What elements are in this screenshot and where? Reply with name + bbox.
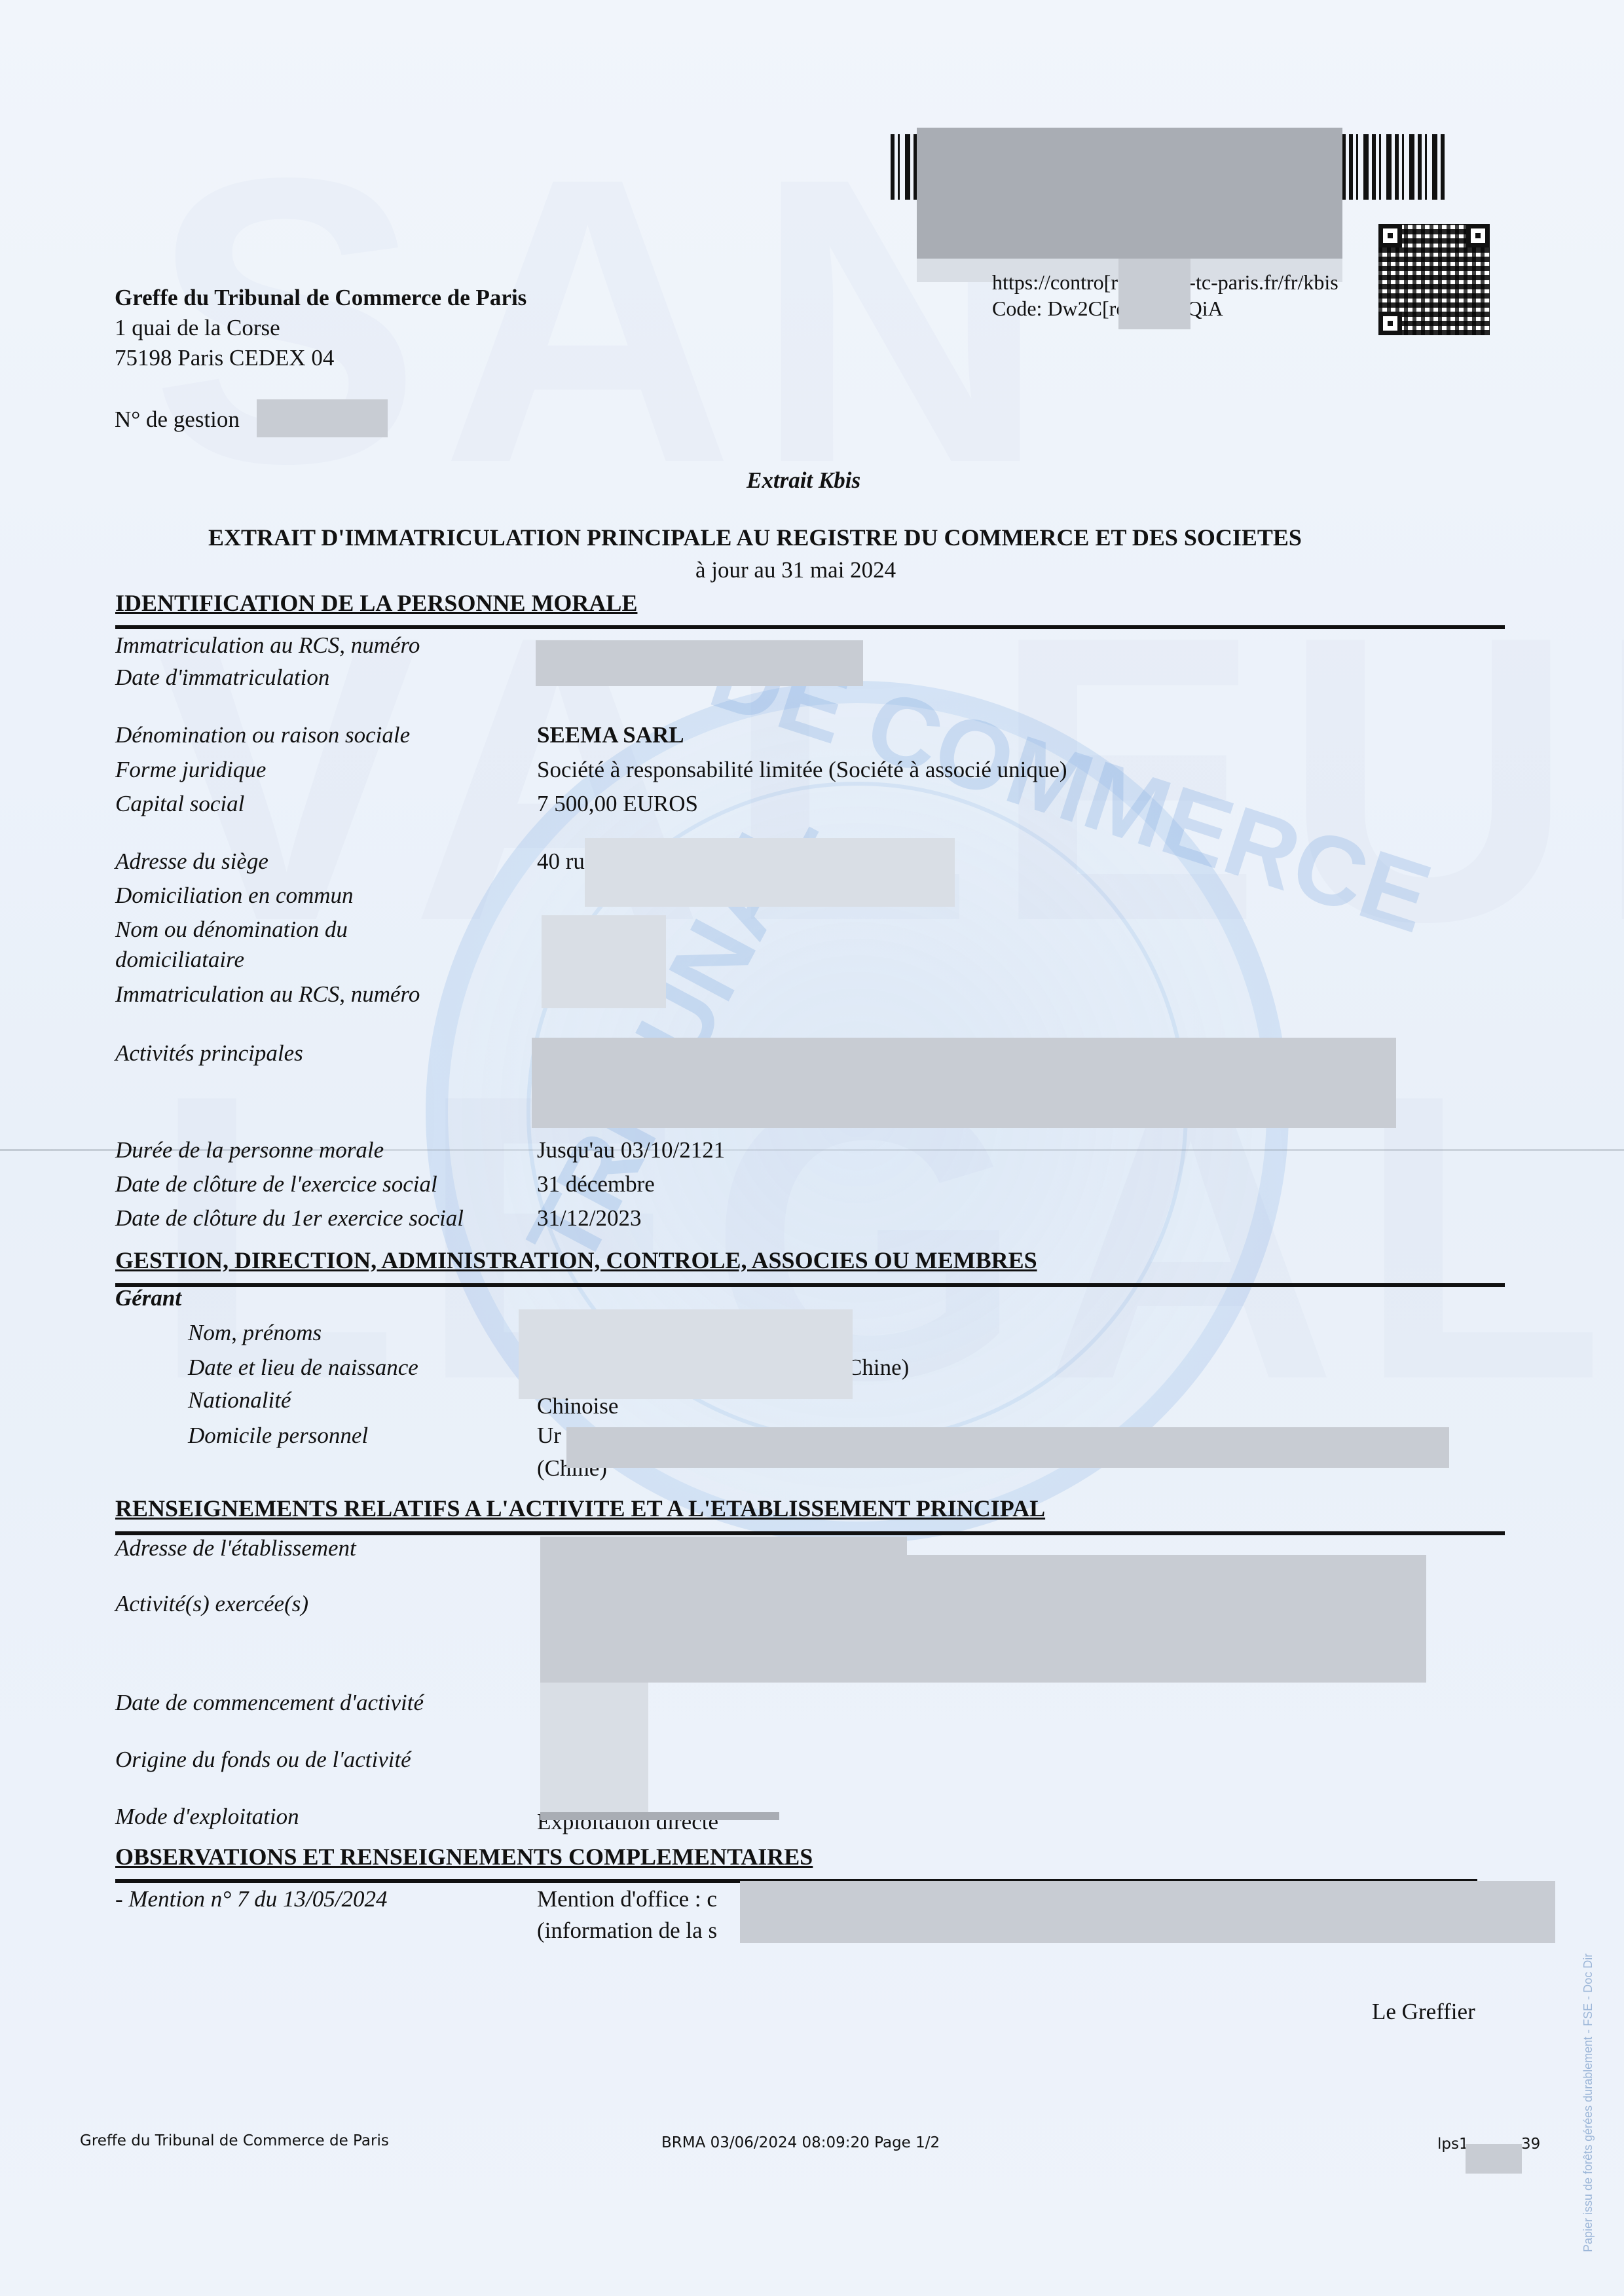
section-heading-management: GESTION, DIRECTION, ADMINISTRATION, CONT… [115, 1247, 1037, 1274]
document-title: EXTRAIT D'IMMATRICULATION PRINCIPALE AU … [208, 524, 1302, 551]
value-operating-mode: Exploitation directe [537, 1807, 718, 1837]
qr-finder [1378, 224, 1402, 247]
gestion-number-label: N° de gestion [115, 405, 240, 435]
label-activities-performed: Activité(s) exercée(s) [115, 1589, 308, 1619]
qr-code[interactable] [1378, 224, 1490, 335]
redaction-block [536, 640, 863, 686]
label-company-name: Dénomination ou raison sociale [115, 720, 410, 750]
section-rule [115, 1283, 1505, 1287]
section-heading-observations: OBSERVATIONS ET RENSEIGNEMENTS COMPLEMEN… [115, 1843, 813, 1870]
label-manager-name: Nom, prénoms [188, 1318, 322, 1348]
value-home-address: Ur [537, 1421, 561, 1451]
redaction-block [566, 1427, 1449, 1468]
section-heading-identification: IDENTIFICATION DE LA PERSONNE MORALE [115, 589, 637, 617]
label-fund-origin: Origine du fonds ou de l'activité [115, 1745, 411, 1775]
redaction-block [542, 915, 666, 1008]
label-manager-role: Gérant [115, 1283, 181, 1313]
value-first-fiscal-year-end: 31/12/2023 [537, 1203, 641, 1233]
document-date: à jour au 31 mai 2024 [695, 555, 896, 585]
footer-issuer: Greffe du Tribunal de Commerce de Paris [80, 2132, 389, 2149]
label-domiciliary-rcs-number: Immatriculation au RCS, numéro [115, 979, 420, 1010]
value-share-capital: 7 500,00 EUROS [537, 789, 698, 819]
redaction-block [257, 399, 388, 437]
redaction-block [519, 1309, 853, 1399]
label-registration-date: Date d'immatriculation [115, 663, 329, 693]
label-head-office-address: Adresse du siège [115, 847, 268, 877]
redaction-block [540, 1555, 1426, 1683]
redaction-block [532, 1038, 1396, 1128]
label-rcs-number: Immatriculation au RCS, numéro [115, 630, 420, 661]
label-main-activities: Activités principales [115, 1038, 303, 1068]
redaction-block [540, 1812, 779, 1820]
label-establishment-address: Adresse de l'établissement [115, 1533, 356, 1563]
redaction-block [540, 1537, 907, 1556]
value-mention-line2: (information de la s [537, 1916, 717, 1946]
label-fiscal-year-end: Date de clôture de l'exercice social [115, 1169, 437, 1199]
value-legal-form: Société à responsabilité limitée (Sociét… [537, 755, 1067, 785]
redaction-block [1118, 259, 1190, 329]
value-mention-line1: Mention d'office : c [537, 1884, 717, 1914]
label-duration: Durée de la personne morale [115, 1135, 384, 1165]
redaction-block [585, 838, 955, 907]
clerk-signature: Le Greffier [1372, 1997, 1475, 2027]
footer-print-info: BRMA 03/06/2024 08:09:20 Page 1/2 [661, 2134, 940, 2151]
footer-reference-suffix: 39 [1521, 2136, 1540, 2153]
label-first-fiscal-year-end: Date de clôture du 1er exercice social [115, 1203, 464, 1233]
label-home-address: Domicile personnel [188, 1421, 368, 1451]
label-share-capital: Capital social [115, 789, 244, 819]
label-shared-domiciliation: Domiciliation en commun [115, 881, 354, 911]
section-rule [115, 625, 1505, 629]
qr-finder [1378, 312, 1402, 335]
document-type: Extrait Kbis [747, 467, 860, 494]
value-nationality: Chinoise [537, 1391, 618, 1421]
value-birth-place: Chine) [847, 1353, 909, 1383]
issuer-address-line2: 75198 Paris CEDEX 04 [115, 343, 334, 373]
label-activity-start-date: Date de commencement d'activité [115, 1688, 424, 1718]
redaction-block [540, 1683, 648, 1812]
value-duration: Jusqu'au 03/10/2121 [537, 1135, 725, 1165]
redaction-block [1466, 2144, 1522, 2174]
value-fiscal-year-end: 31 décembre [537, 1169, 655, 1199]
label-birth-date-place: Date et lieu de naissance [188, 1353, 418, 1383]
value-company-name: SEEMA SARL [537, 720, 684, 750]
issuer-name: Greffe du Tribunal de Commerce de Paris [115, 283, 526, 313]
section-heading-establishment: RENSEIGNEMENTS RELATIFS A L'ACTIVITE ET … [115, 1495, 1045, 1522]
label-operating-mode: Mode d'exploitation [115, 1802, 299, 1832]
issuer-address-line1: 1 quai de la Corse [115, 313, 280, 343]
label-nationality: Nationalité [188, 1385, 291, 1415]
label-domiciliary-name: Nom ou dénomination du [115, 915, 348, 945]
value-head-office-address: 40 ru [537, 847, 585, 877]
redaction-block [740, 1881, 1555, 1943]
redaction-block [917, 128, 1342, 259]
qr-finder [1466, 224, 1490, 247]
footer-reference-prefix: lps1 [1437, 2136, 1469, 2153]
label-mention: - Mention n° 7 du 13/05/2024 [115, 1884, 388, 1914]
label-legal-form: Forme juridique [115, 755, 266, 785]
paper-origin-note: Papier issu de forêts gérées durablement… [1581, 1954, 1595, 2252]
label-domiciliary-name-cont: domiciliataire [115, 945, 244, 975]
